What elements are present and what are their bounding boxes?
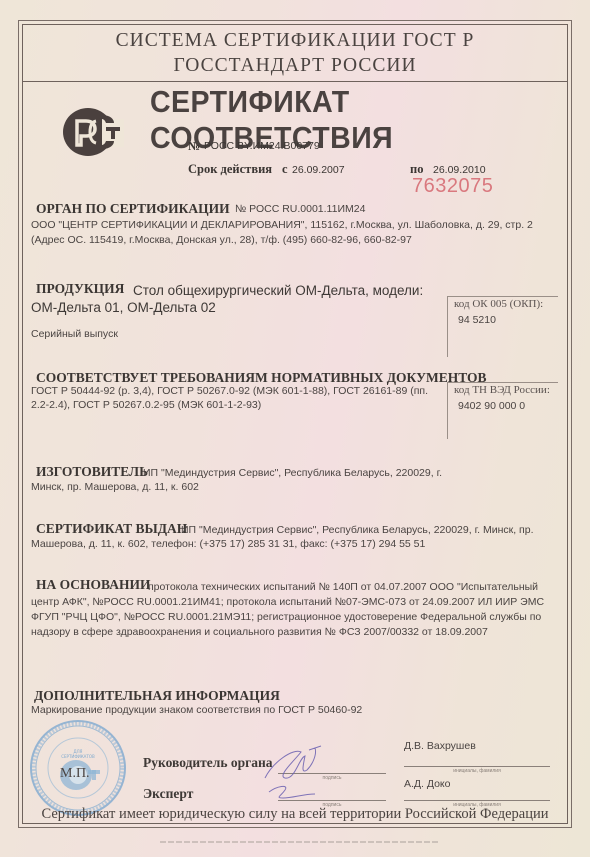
- issued-to-line2: Машерова, д. 11, к. 602, телефон: (+375 …: [31, 537, 425, 552]
- certification-body-line2: (Адрес ОС. 115419, г.Москва, Донская ул.…: [31, 233, 412, 248]
- validity-from-label: с: [282, 162, 288, 177]
- okp-code-box: код ОК 005 (ОКП): 94 5210: [447, 296, 558, 357]
- validity-from-date: 26.09.2007: [292, 164, 345, 176]
- basis-line3: ФГУП "РЧЦ ЦФО", №РОСС RU.0001.21МЭ11; ре…: [31, 610, 541, 625]
- additional-info-text: Маркирование продукции знаком соответств…: [31, 703, 362, 718]
- stamp-placeholder-label: М.П.: [60, 766, 90, 782]
- tnved-code-label: код ТН ВЭД России:: [454, 384, 550, 396]
- additional-info-label: ДОПОЛНИТЕЛЬНАЯ ИНФОРМАЦИЯ: [34, 688, 280, 704]
- compliance-line2: 2.2-2.4), ГОСТ Р 50267.0.2-95 (МЭК 601-1…: [31, 398, 261, 413]
- certification-body-reg-number: № РОСС RU.0001.11ИМ24: [235, 202, 365, 217]
- issued-to-line1: ИП "Мединдустрия Сервис", Республика Бел…: [181, 523, 534, 538]
- legal-validity-note: Сертификат имеет юридическую силу на все…: [22, 806, 568, 823]
- product-label: ПРОДУКЦИЯ: [36, 281, 124, 297]
- issued-to-label: СЕРТИФИКАТ ВЫДАН: [36, 521, 187, 537]
- basis-line1: протокола технических испытаний № 140П о…: [148, 580, 538, 595]
- certificate-number: РОСС BY.ИМ24.B00779: [204, 140, 320, 152]
- header-divider: [23, 81, 567, 82]
- tnved-code: 9402 90 000 0: [458, 400, 525, 412]
- product-line1: Стол общехирургический ОМ-Дельта, модели…: [133, 282, 423, 300]
- head-name-line: [404, 766, 550, 767]
- validity-label: Срок действия: [188, 162, 272, 177]
- certification-body-label: ОРГАН ПО СЕРТИФИКАЦИИ: [36, 201, 230, 217]
- manufacturer-line1: ИП "Мединдустрия Сервис", Республика Бел…: [143, 466, 442, 481]
- handwritten-signature-icon: [255, 740, 335, 810]
- basis-label: НА ОСНОВАНИИ: [36, 577, 150, 593]
- basis-line2: центр АФК", №РОСС RU.0001.21ИМ41; проток…: [31, 595, 544, 610]
- svg-text:СЕРТИФИКАТОВ: СЕРТИФИКАТОВ: [61, 754, 95, 759]
- certification-system-heading: СИСТЕМА СЕРТИФИКАЦИИ ГОСТ Р: [22, 30, 568, 52]
- head-name: Д.В. Вахрушев: [404, 740, 476, 752]
- product-line2: ОМ-Дельта 01, ОМ-Дельта 02: [31, 299, 216, 317]
- tnved-code-box: код ТН ВЭД России: 9402 90 000 0: [447, 382, 558, 439]
- head-of-body-label: Руководитель органа: [143, 755, 273, 771]
- blank-printer-imprint: [150, 841, 450, 843]
- manufacturer-label: ИЗГОТОВИТЕЛЬ: [36, 464, 148, 480]
- expert-name-line: [404, 800, 550, 801]
- expert-label: Эксперт: [143, 786, 193, 802]
- manufacturer-line2: Минск, пр. Машерова, д. 11, к. 602: [31, 480, 199, 495]
- certification-body-seal-icon: ДЛЯ СЕРТИФИКАТОВ М.П.: [28, 718, 128, 818]
- okp-code: 94 5210: [458, 314, 496, 326]
- certification-body-line1: ООО "ЦЕНТР СЕРТИФИКАЦИИ И ДЕКЛАРИРОВАНИЯ…: [31, 218, 533, 233]
- expert-name: А.Д. Доко: [404, 778, 451, 790]
- agency-heading: ГОССТАНДАРТ РОССИИ: [22, 55, 568, 77]
- certificate-number-label: №: [188, 139, 200, 154]
- compliance-line1: ГОСТ Р 50444-92 (р. 3,4), ГОСТ Р 50267.0…: [31, 384, 428, 399]
- head-name-caption: инициалы, фамилия: [404, 768, 550, 774]
- production-type: Серийный выпуск: [31, 327, 118, 342]
- form-serial-number: 7632075: [412, 175, 493, 198]
- rst-gost-mark-icon: [62, 101, 124, 163]
- basis-line4: надзору в сфере здравоохранения и социал…: [31, 625, 488, 640]
- okp-code-label: код ОК 005 (ОКП):: [454, 298, 543, 310]
